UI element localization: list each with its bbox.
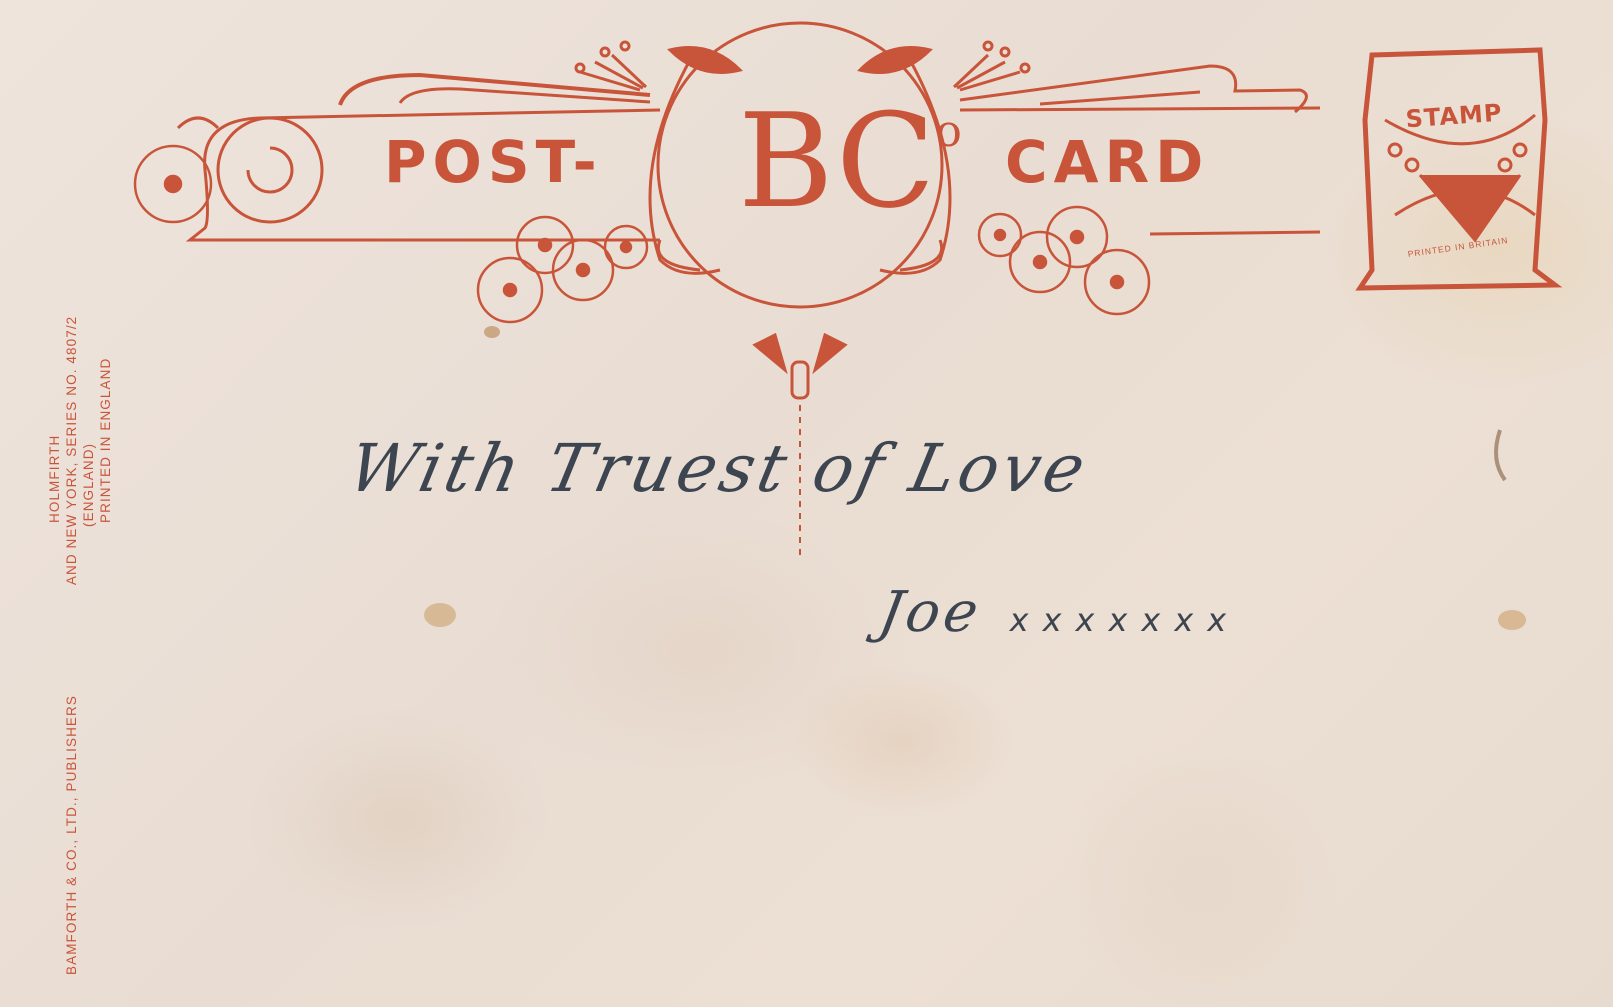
handwritten-greeting: With Truest of Love	[342, 430, 1096, 507]
imprint-line1-continued: AND NEW YORK, SERIES NO. 4807/2	[64, 316, 79, 585]
imprint-printed-in-england: PRINTED IN ENGLAND	[97, 358, 114, 523]
publisher-imprint: BAMFORTH & CO., LTD., PUBLISHERS HOLMFIR…	[63, 15, 80, 975]
imprint-line1: BAMFORTH & CO., LTD., PUBLISHERS	[64, 695, 79, 975]
stamp-box: STAMP PRINTED IN BRITAIN	[1360, 46, 1548, 290]
monogram-letters: BC	[738, 85, 935, 237]
signature-name: Joe	[874, 580, 987, 645]
stamp-sub-label: PRINTED IN BRITAIN	[1388, 232, 1528, 261]
kisses: xxxxxxx	[1007, 601, 1244, 639]
monogram-suffix: o	[935, 106, 962, 157]
imprint-england: (ENGLAND)	[80, 443, 97, 527]
postcard-back: BAMFORTH & CO., LTD., PUBLISHERS HOLMFIR…	[0, 0, 1613, 1007]
imprint-holmfirth: HOLMFIRTH	[46, 435, 63, 523]
bamforth-monogram: BCo	[738, 96, 962, 226]
card-heading: CARD	[1005, 128, 1209, 196]
post-heading: POST-	[384, 128, 603, 196]
stamp-label: STAMP	[1391, 98, 1517, 135]
handwritten-signature: Joexxxxxxx	[874, 580, 1247, 645]
